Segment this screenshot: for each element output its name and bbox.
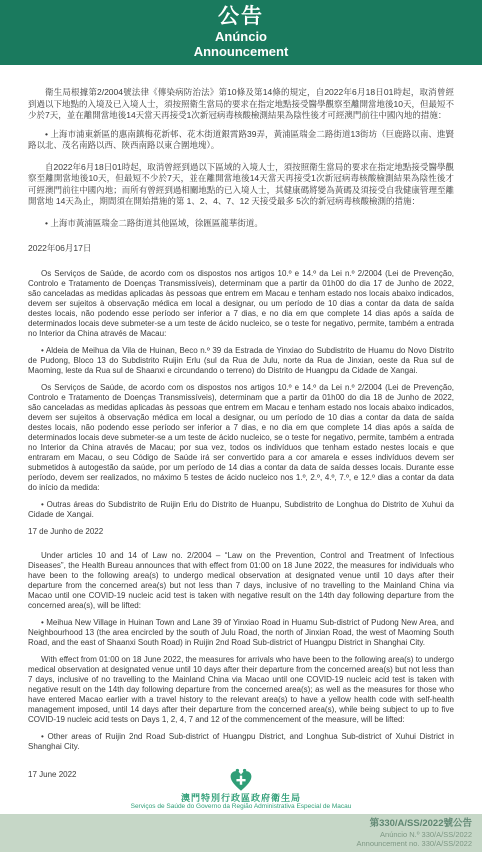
zh-bullet-1: • 上海市浦東新區的惠南鎮梅花新邨、花木街道銀霄路39弄，黃浦區瑞金二路街道13… <box>28 129 454 152</box>
header-banner: 公告 Anúncio Announcement <box>0 0 482 65</box>
page-title-zh: 公告 <box>0 5 482 29</box>
zh-paragraph-1: 衛生局根據第2/2004號法律《傳染病防治法》第10條及第14條的規定，自202… <box>28 87 454 122</box>
zh-paragraph-2: 自2022年6月18日01時起，取消曾經到過以下區域的入境人士，須按照衛生當局的… <box>28 162 454 208</box>
zh-date: 2022年06月17日 <box>28 243 454 255</box>
organization-name-zh: 澳門特別行政區政府衛生局 <box>0 793 482 803</box>
announcement-number-en: Announcement no. 330/A/SS/2022 <box>0 839 472 848</box>
pt-date: 17 de Junho de 2022 <box>28 527 454 537</box>
pt-bullet-2: • Outras áreas do Subdistrito de Ruijin … <box>28 500 454 520</box>
organization-name-pt: Serviços de Saúde do Governo da Região A… <box>0 803 482 811</box>
announcement-page: 公告 Anúncio Announcement 衛生局根據第2/2004號法律《… <box>0 0 482 852</box>
en-paragraph-1: Under articles 10 and 14 of Law no. 2/20… <box>28 551 454 611</box>
en-paragraph-2: With effect from 01:00 on 18 June 2022, … <box>28 655 454 725</box>
pt-paragraph-1: Os Serviços de Saúde, de acordo com os d… <box>28 269 454 339</box>
document-body: 衛生局根據第2/2004號法律《傳染病防治法》第10條及第14條的規定，自202… <box>0 65 482 780</box>
footer: 澳門特別行政區政府衛生局 Serviços de Saúde do Govern… <box>0 768 482 814</box>
page-title-pt: Anúncio <box>0 29 482 44</box>
announcement-number-zh: 第330/A/SS/2022號公告 <box>0 818 472 830</box>
health-bureau-heart-cross-logo <box>228 768 254 792</box>
announcement-number-pt: Anúncio N.º 330/A/SS/2022 <box>0 830 472 839</box>
zh-bullet-2: • 上海市黃浦區瑞金二路街道其他區域，徐匯區龍華街道。 <box>28 218 454 230</box>
page-title-en: Announcement <box>0 44 482 59</box>
en-bullet-2: • Other areas of Ruijin 2nd Road Sub-dis… <box>28 732 454 752</box>
en-bullet-1: • Meihua New Village in Huinan Town and … <box>28 618 454 648</box>
reference-band: 第330/A/SS/2022號公告 Anúncio N.º 330/A/SS/2… <box>0 814 482 852</box>
pt-paragraph-2: Os Serviços de Saúde, de acordo com os d… <box>28 383 454 493</box>
pt-bullet-1: • Aldeia de Meihua da Vila de Huinan, Be… <box>28 346 454 376</box>
